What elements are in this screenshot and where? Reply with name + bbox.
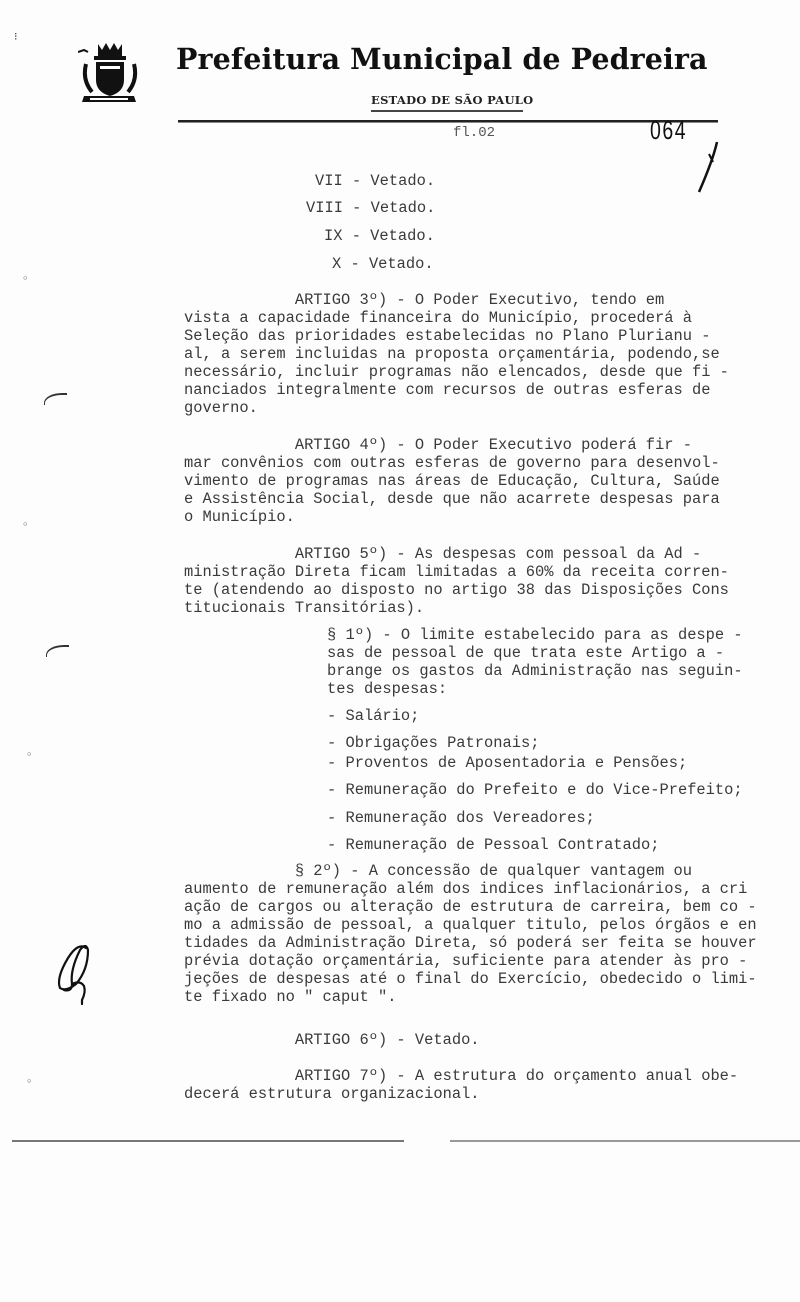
document-page: ⁝ ◦ ◦ ◦ ◦ Prefeitura Municipal de Pedrei… (0, 0, 800, 1302)
vetoed-item: VII - Vetado. (315, 172, 435, 190)
text-line: titucionais Transitórias). (184, 599, 424, 617)
footer-rule (450, 1140, 800, 1142)
folio-number: fl.02 (453, 125, 495, 141)
text-line: e Assistência Social, desde que não acar… (184, 490, 720, 508)
letterhead-title: Prefeitura Municipal de Pedreira (176, 42, 708, 76)
artigo-6: ARTIGO 6º) - Vetado. (184, 1031, 480, 1049)
staple-mark-icon (46, 645, 69, 657)
text-line: al, a serem incluidas na proposta orçame… (184, 345, 720, 363)
text-line: ARTIGO 7º) - A estrutura do orçamento an… (184, 1067, 738, 1085)
text-line: tes despesas: (327, 680, 447, 698)
list-item: - Remuneração do Prefeito e do Vice-Pref… (327, 781, 743, 799)
list-item: - Remuneração dos Vereadores; (327, 809, 595, 827)
text-line: ministração Direta ficam limitadas a 60%… (184, 563, 729, 581)
text-line: jeções de despesas até o final do Exercí… (184, 970, 757, 988)
text-line: necessário, incluir programas não elenca… (184, 363, 729, 381)
vetoed-item: VIII - Vetado. (306, 199, 435, 217)
text-line: ARTIGO 4º) - O Poder Executivo poderá fi… (184, 436, 692, 454)
list-item: - Salário; (327, 707, 419, 725)
text-line: vimento de programas nas áreas de Educaç… (184, 472, 720, 490)
margin-mark-icon: ⁝ (14, 30, 18, 43)
text-line: brange os gastos da Administração nas se… (327, 662, 743, 680)
text-line: o Município. (184, 508, 295, 526)
text-line: te fixado no " caput ". (184, 988, 396, 1006)
state-underline (371, 110, 523, 112)
staple-mark-icon (44, 393, 67, 405)
list-item: - Remuneração de Pessoal Contratado; (327, 836, 660, 854)
vetoed-item: IX - Vetado. (324, 227, 435, 245)
list-item: - Proventos de Aposentadoria e Pensões; (327, 754, 687, 772)
text-line: governo. (184, 399, 258, 417)
footer-rule (12, 1140, 404, 1142)
punch-hole-icon: ◦ (22, 272, 29, 285)
text-line: ARTIGO 3º) - O Poder Executivo, tendo em (184, 291, 664, 309)
text-line: mo a admissão de pessoal, a qualquer tit… (184, 916, 757, 934)
text-line: sas de pessoal de que trata este Artigo … (327, 644, 724, 662)
text-line: te (atendendo ao disposto no artigo 38 d… (184, 581, 729, 599)
punch-hole-icon: ◦ (26, 1075, 33, 1088)
text-line: mar convênios com outras esferas de gove… (184, 454, 720, 472)
text-line: § 2º) - A concessão de qualquer vantagem… (184, 862, 692, 880)
text-line: aumento de remuneração além dos indices … (184, 880, 747, 898)
punch-hole-icon: ◦ (26, 748, 33, 761)
text-line: Seleção das prioridades estabelecidas no… (184, 327, 710, 345)
text-line: ARTIGO 5º) - As despesas com pessoal da … (184, 545, 701, 563)
letterhead-rule (178, 120, 718, 124)
text-line: prévia dotação orçamentária, suficiente … (184, 952, 747, 970)
text-line: § 1º) - O limite estabelecido para as de… (327, 626, 743, 644)
page-number-stamp: 064 (650, 115, 687, 146)
text-line: nanciados integralmente com recursos de … (184, 381, 710, 399)
coat-of-arms-icon (78, 40, 140, 106)
handwritten-initials-icon (48, 940, 98, 1020)
text-line: tidades da Administração Direta, só pode… (184, 934, 757, 952)
punch-hole-icon: ◦ (22, 518, 29, 531)
vetoed-item: X - Vetado. (332, 255, 434, 273)
handwritten-check-icon (695, 140, 725, 195)
state-subtitle: ESTADO DE SÃO PAULO (371, 93, 533, 107)
text-line: ação de cargos ou alteração de estrutura… (184, 898, 757, 916)
text-line: vista a capacidade financeira do Municíp… (184, 309, 692, 327)
list-item: - Obrigações Patronais; (327, 734, 539, 752)
text-line: decerá estrutura organizacional. (184, 1085, 480, 1103)
